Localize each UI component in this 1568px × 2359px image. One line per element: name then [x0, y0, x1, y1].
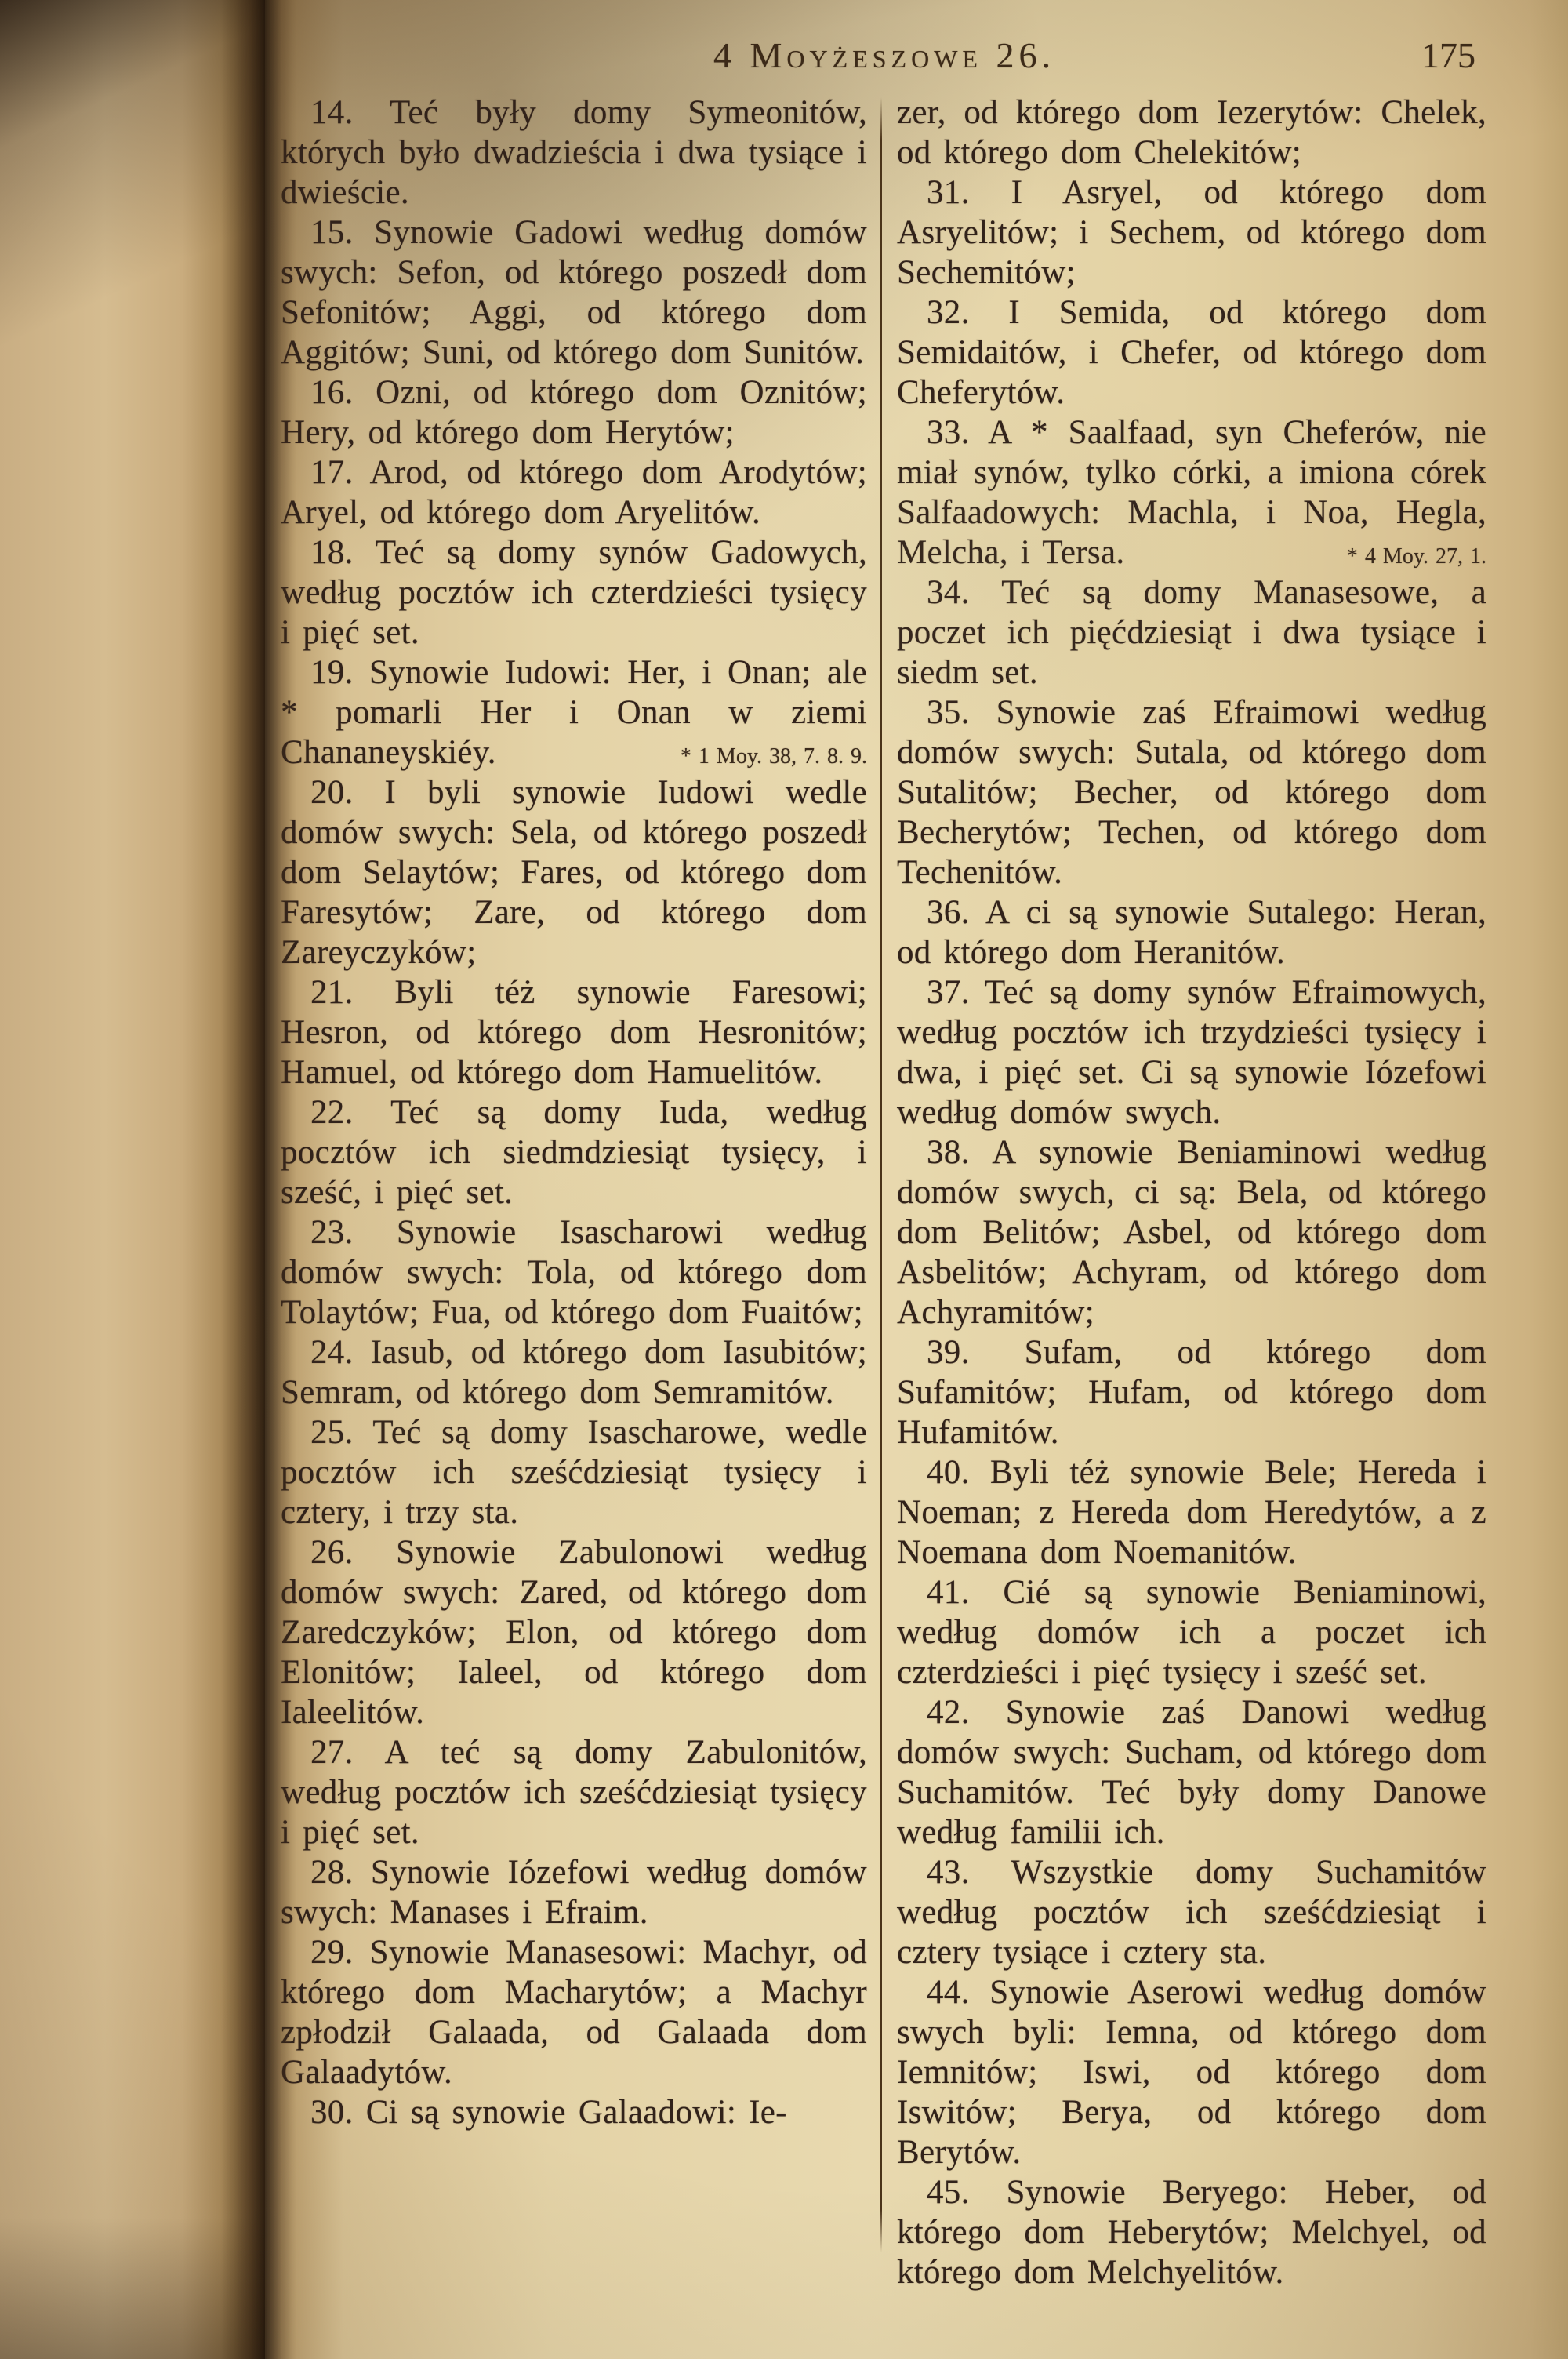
- verse-text: 30. Ci są synowie Galaadowi: Ie-: [310, 2094, 787, 2131]
- verse-text: 31. I Asryel, od którego dom Asryelitów;…: [897, 174, 1486, 291]
- verse: 14. Teć były domy Symeonitów, których by…: [281, 93, 867, 213]
- verse: 45. Synowie Beryego: Heber, od którego d…: [897, 2172, 1486, 2292]
- verse: 24. Iasub, od którego dom Iasubitów; Sem…: [281, 1332, 867, 1412]
- column-right: zer, od którego dom Iezerytów: Chelek, o…: [897, 93, 1486, 2292]
- verse-text: 32. I Semida, od którego dom Semidaitów,…: [897, 294, 1486, 411]
- verse: 17. Arod, od którego dom Arodytów; Aryel…: [281, 453, 867, 533]
- verse-text: 44. Synowie Aserowi według domów swych b…: [897, 1974, 1486, 2171]
- verse: 40. Byli téż synowie Bele; Hereda i Noem…: [897, 1452, 1486, 1572]
- verse: 28. Synowie Iózefowi według domów swych:…: [281, 1852, 867, 1932]
- page-number: 175: [1421, 35, 1475, 76]
- verse-text: 45. Synowie Beryego: Heber, od którego d…: [897, 2174, 1486, 2291]
- verse-text: zer, od którego dom Iezerytów: Chelek, o…: [897, 94, 1486, 171]
- verse: 33. A * Saalfaad, syn Cheferów, nie miał…: [897, 413, 1486, 572]
- verse: 36. A ci są synowie Sutalego: Heran, od …: [897, 892, 1486, 972]
- verse-text: 21. Byli téż synowie Faresowi; Hesron, o…: [281, 974, 867, 1091]
- verse-text: 36. A ci są synowie Sutalego: Heran, od …: [897, 894, 1486, 971]
- facing-page: [0, 0, 276, 2359]
- verse-text: 26. Synowie Zabulonowi według domów swyc…: [281, 1534, 867, 1731]
- verse: 25. Teć są domy Isascharowe, wedle poczt…: [281, 1412, 867, 1532]
- verse-text: 41. Cié są synowie Beniaminowi, według d…: [897, 1574, 1486, 1691]
- verse: 44. Synowie Aserowi według domów swych b…: [897, 1972, 1486, 2172]
- verse-text: 15. Synowie Gadowi według domów swych: S…: [281, 214, 867, 371]
- verse-text: 17. Arod, od którego dom Arodytów; Aryel…: [281, 454, 867, 531]
- verse: 38. A synowie Beniaminowi według domów s…: [897, 1132, 1486, 1332]
- verse-text: 22. Teć są domy Iuda, według pocztów ich…: [281, 1094, 867, 1211]
- verse: 23. Synowie Isascharowi według domów swy…: [281, 1212, 867, 1332]
- verse: 32. I Semida, od którego dom Semidaitów,…: [897, 293, 1486, 413]
- verse-text: 37. Teć są domy synów Efraimowych, wedłu…: [897, 974, 1486, 1131]
- verse: 39. Sufam, od którego dom Sufamitów; Huf…: [897, 1332, 1486, 1452]
- verse-text: 29. Synowie Manasesowi: Machyr, od które…: [281, 1934, 867, 2091]
- footnote-ref: * 1 Moy. 38, 7. 8. 9.: [651, 745, 867, 769]
- verse: 29. Synowie Manasesowi: Machyr, od które…: [281, 1932, 867, 2092]
- verse: 18. Teć są domy synów Gadowych, według p…: [281, 533, 867, 652]
- book-page: 4 Moyżeszowe 26. 175 14. Teć były domy S…: [265, 0, 1568, 2359]
- verse: 16. Ozni, od którego dom Oznitów; Hery, …: [281, 373, 867, 453]
- verse-text: 20. I byli synowie Iudowi wedle domów sw…: [281, 774, 867, 971]
- book-photo: 4 Moyżeszowe 26. 175 14. Teć były domy S…: [0, 0, 1568, 2359]
- verse: zer, od którego dom Iezerytów: Chelek, o…: [897, 93, 1486, 173]
- verse: 21. Byli téż synowie Faresowi; Hesron, o…: [281, 972, 867, 1092]
- verse-text: 40. Byli téż synowie Bele; Hereda i Noem…: [897, 1454, 1486, 1571]
- verse-text: 43. Wszystkie domy Suchamitów według poc…: [897, 1854, 1486, 1971]
- verse: 31. I Asryel, od którego dom Asryelitów;…: [897, 173, 1486, 293]
- verse-text: 27. A teć są domy Zabulonitów, według po…: [281, 1734, 867, 1851]
- verse-text: 18. Teć są domy synów Gadowych, według p…: [281, 534, 867, 651]
- verse: 22. Teć są domy Iuda, według pocztów ich…: [281, 1092, 867, 1212]
- verse: 34. Teć są domy Manasesowe, a poczet ich…: [897, 572, 1486, 692]
- column-left: 14. Teć były domy Symeonitów, których by…: [281, 93, 867, 2132]
- verse: 30. Ci są synowie Galaadowi: Ie-: [281, 2092, 867, 2132]
- verse: 42. Synowie zaś Danowi według domów swyc…: [897, 1692, 1486, 1852]
- verse-text: 38. A synowie Beniaminowi według domów s…: [897, 1134, 1486, 1331]
- verse: 26. Synowie Zabulonowi według domów swyc…: [281, 1532, 867, 1732]
- verse: 20. I byli synowie Iudowi wedle domów sw…: [281, 772, 867, 972]
- verse-text: 34. Teć są domy Manasesowe, a poczet ich…: [897, 574, 1486, 691]
- verse-text: 35. Synowie zaś Efraimowi według domów s…: [897, 694, 1486, 891]
- verse-text: 42. Synowie zaś Danowi według domów swyc…: [897, 1694, 1486, 1851]
- verse-text: 39. Sufam, od którego dom Sufamitów; Huf…: [897, 1334, 1486, 1451]
- verse: 35. Synowie zaś Efraimowi według domów s…: [897, 692, 1486, 892]
- column-divider: [880, 97, 882, 2252]
- verse: 37. Teć są domy synów Efraimowych, wedłu…: [897, 972, 1486, 1132]
- verse: 15. Synowie Gadowi według domów swych: S…: [281, 213, 867, 373]
- verse-text: 24. Iasub, od którego dom Iasubitów; Sem…: [281, 1334, 867, 1411]
- verse: 27. A teć są domy Zabulonitów, według po…: [281, 1732, 867, 1852]
- verse: 19. Synowie Iudowi: Her, i Onan; ale * p…: [281, 652, 867, 772]
- verse-text: 16. Ozni, od którego dom Oznitów; Hery, …: [281, 374, 867, 451]
- verse-text: 23. Synowie Isascharowi według domów swy…: [281, 1214, 867, 1331]
- verse: 43. Wszystkie domy Suchamitów według poc…: [897, 1852, 1486, 1972]
- verse: 41. Cié są synowie Beniaminowi, według d…: [897, 1572, 1486, 1692]
- verse-text: 14. Teć były domy Symeonitów, których by…: [281, 94, 867, 211]
- verse-text: 25. Teć są domy Isascharowe, wedle poczt…: [281, 1414, 867, 1531]
- verse-text: 28. Synowie Iózefowi według domów swych:…: [281, 1854, 867, 1931]
- footnote-ref: * 4 Moy. 27, 1.: [1317, 545, 1486, 569]
- running-head: 4 Moyżeszowe 26.: [265, 35, 1504, 76]
